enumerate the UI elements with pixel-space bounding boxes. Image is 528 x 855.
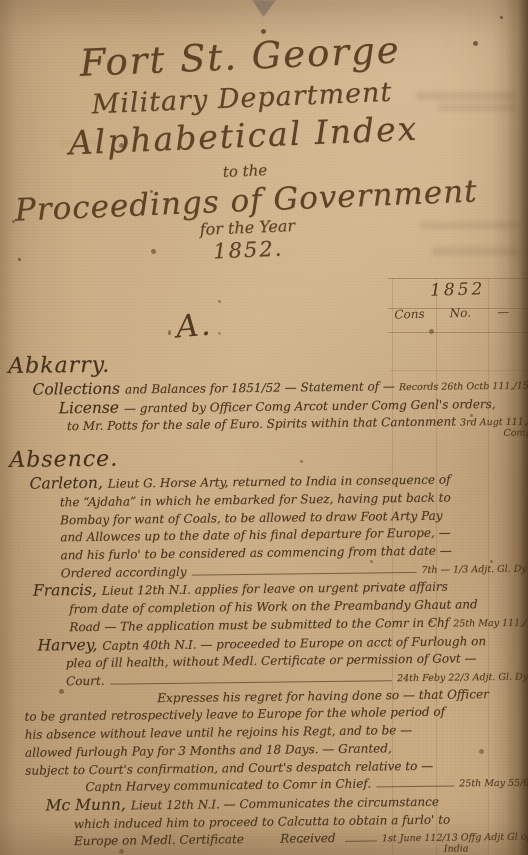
line-text: Captn Harvey communicated to Comr in Chi…: [85, 776, 371, 797]
line-text: and Balances for 1851/52 — Statement of …: [125, 378, 395, 399]
line-text: to Mr. Potts for the sale of Euro. Spiri…: [67, 414, 456, 436]
line-text: Court.: [66, 673, 105, 691]
line-rule: [376, 786, 454, 788]
line-text: Europe on Medl. Certificate: [74, 831, 244, 851]
entry-lead-name: Francis,: [33, 582, 97, 600]
entry-lead-name: License: [59, 399, 119, 417]
entry-lead-name: Harvey,: [37, 636, 97, 654]
line-text: Ordered accordingly: [61, 563, 187, 582]
entry-heading: Absence.: [9, 442, 526, 473]
entries: Abkarry.Collectionsand Balances for 1851…: [8, 346, 528, 855]
cons-column-label: Cons: [392, 307, 438, 322]
ink-smudge: [248, 0, 276, 17]
entry-lead-name: Mc Munn,: [45, 796, 125, 815]
ledger-table-header: 1852 Cons No. —: [391, 278, 524, 321]
line-text: Received: [280, 830, 336, 848]
line-rule: [192, 572, 417, 576]
page-edge-shadow: [506, 0, 528, 855]
line-rule: [345, 841, 377, 842]
title-block: Fort St. George Military Department Alph…: [0, 26, 493, 272]
number-column-label: No.: [438, 305, 482, 320]
line-rule: [110, 680, 393, 684]
entry-lead-name: Carleton,: [30, 475, 103, 494]
entry-lead-name: Collections: [32, 381, 120, 400]
section-letter: A.: [175, 306, 214, 345]
ledger-year-label: 1852: [391, 278, 523, 301]
document-page: Fort St. George Military Department Alph…: [0, 0, 528, 855]
manuscript-line: to Mr. Potts for the sale of Euro. Spiri…: [9, 413, 526, 446]
entry-heading: Abkarry.: [8, 348, 525, 379]
